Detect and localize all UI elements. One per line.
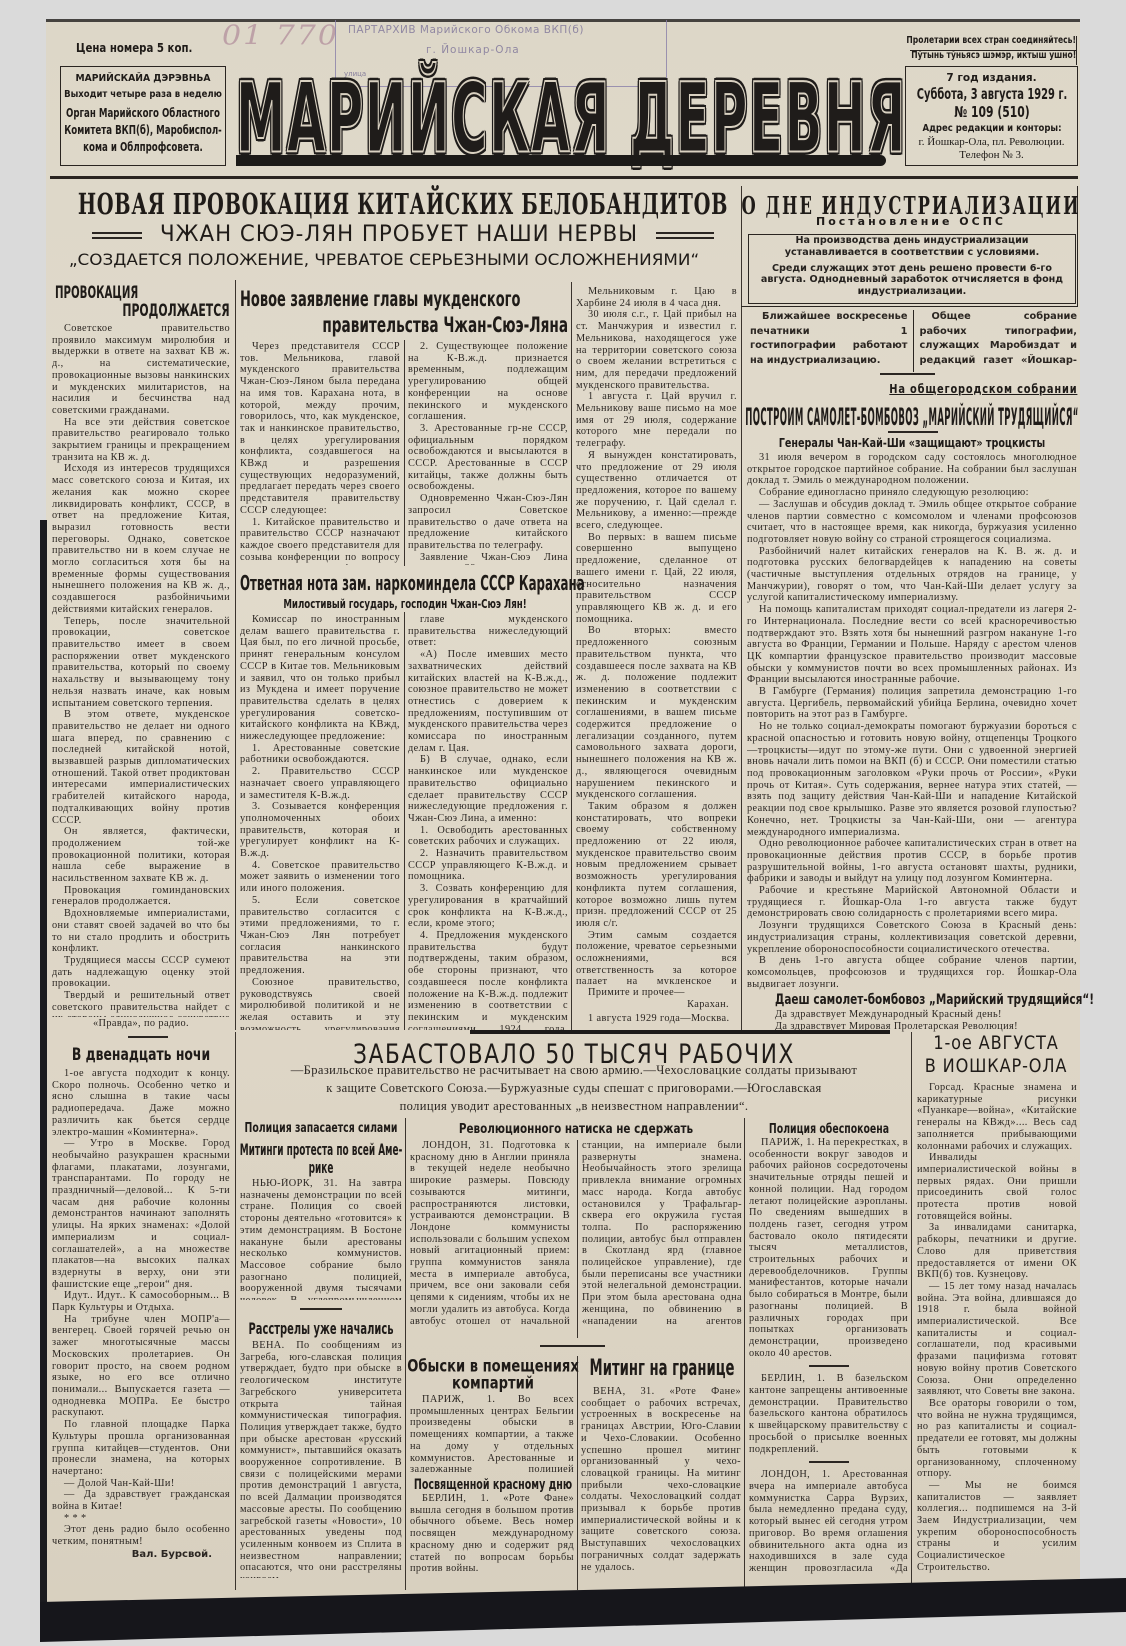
paragraph: Горсад. Красные знамена и карикатурные р…	[917, 1082, 1077, 1152]
article-kicker-text: На общегородском собрании	[889, 383, 1077, 395]
paragraph: 31 июля вечером в городском саду состоял…	[747, 452, 1077, 487]
paragraph: Лозунги трудящихся Советского Союза в Кр…	[747, 920, 1077, 955]
handwritten-archive-number: 01 770	[222, 20, 339, 52]
paragraph: Общее собрание рабочих типографии, служа…	[920, 310, 1078, 372]
paragraph: Вдохновляемые империалистами, они ставят…	[52, 908, 230, 955]
paragraph: Ближайшее воскресенье печатники 1 гостип…	[750, 310, 908, 368]
bomber-slogan-text: Даеш самолет-бомбовоз „Марийский трудящи…	[775, 993, 1094, 1007]
newspaper-page: Цена номера 5 коп. МАРИЙСКАЙА ДЭРЭВНЬА В…	[0, 0, 1126, 1646]
newspaper-nameplate: МАРИЙСКАЯ ДЕРЕВНЯ	[236, 71, 896, 157]
article-title: Митинг на границе	[579, 1358, 744, 1378]
article-body-yoshkar-ola: Горсад. Красные знамена и карикатурные р…	[917, 1082, 1077, 1578]
article-body-border: ВЕНА, 31. «Роте Фане» сообщает о рабочих…	[581, 1386, 741, 1578]
paragraph: Но не только социал-демократы помогают б…	[747, 721, 1077, 838]
column-rule	[744, 1118, 745, 1590]
paragraph: 1 августа г. Цай вручил г. Мельникову ва…	[576, 391, 737, 450]
paragraph: 4. Предложения мукденского правительства…	[408, 930, 568, 1030]
paragraph: — 15 лет тому назад началась война. Эта …	[917, 1281, 1077, 1398]
paragraph: Рабочие и крестьяне Марийской Автономной…	[747, 885, 1077, 920]
paragraph: ПАРИЖ, 1. Во всех промышленных центрах Б…	[410, 1394, 574, 1472]
paragraph: Он является, фактически, продолжением то…	[52, 826, 230, 885]
paragraph: Провокация гоминдановских генералов прод…	[52, 885, 230, 908]
article-title: Новое заявление главы мукденского	[240, 289, 568, 309]
paragraph: — Долой Чан-Кай-Ши!	[52, 1478, 230, 1490]
article-body-london: ЛОНДОН, 31. Подготовка к красному дню в …	[410, 1140, 742, 1338]
short-rule	[888, 431, 938, 433]
paragraph: Разбойничий налет китайских генералов на…	[747, 546, 1077, 605]
paragraph: Одновременно Чжан-Сюэ-Лян запросил Совет…	[408, 493, 568, 552]
paragraph: Этот день радио было особенно четким, по…	[52, 1524, 230, 1546]
note-salutation-text: Милостивый государь, господин Чжан-Сюэ Л…	[283, 598, 526, 610]
article-title-text: ПОСТРОИМ САМОЛЕТ-БОМБОВОЗ „МАРИЙСКИЙ ТРУ…	[745, 405, 1078, 429]
article-title-line: рике	[309, 1160, 334, 1176]
article-title: правительства Чжан-Сюэ-Ляна	[240, 315, 568, 335]
issue-date: Суббота, 3 августа 1929 г.	[916, 87, 1067, 102]
paragraph: Все ораторы говорили о том, что война не…	[917, 1398, 1077, 1480]
short-rule	[880, 373, 935, 375]
paragraph: Мельниковым г. Цаю в Харбине 24 июля в 4…	[576, 286, 737, 309]
article-body-provocation: Советское правительство проявило максиму…	[52, 323, 230, 1017]
article-kicker: На общегородском собрании	[745, 383, 1077, 403]
article-title: В двенадцать ночи	[50, 1047, 232, 1067]
paragraph: — Утро в Москве. Город необычайно разукр…	[52, 1138, 230, 1290]
paragraph: Через представителя СССР тов. Мельникова…	[240, 341, 400, 517]
editorial-address: г. Йошкар-Ола, пл. Революции.	[918, 137, 1064, 148]
article-title-text: Митинг на границе	[589, 1358, 734, 1380]
paragraph: Теперь, после значительной провокации, с…	[52, 616, 230, 710]
organ-line: Комитета ВКП(б), Маробиспол-	[64, 124, 222, 136]
issue-number: № 109 (510)	[954, 105, 1029, 120]
address-label: Адрес редакции и конторы:	[922, 124, 1061, 134]
publisher-info-box: МАРИЙСКАЙА ДЭРЭВНЬА Выходит четыре раза …	[60, 66, 226, 166]
paragraph: 1. Арестованные советские работники осво…	[240, 743, 400, 766]
column-rule	[741, 186, 742, 1030]
closing-slogan: Да здравствует Международный Красный ден…	[775, 1009, 1002, 1020]
resolution-box: На производства день индустриализации ус…	[748, 234, 1076, 304]
article-title: О ДНЕ ИНДУСТРИАЛИЗАЦИИ	[744, 194, 1078, 214]
article-body-searches: ПАРИЖ, 1. Во всех промышленных центрах Б…	[410, 1394, 574, 1472]
paragraph: НЬЮ-ЙОРК, 31. На завтра назначены демонс…	[240, 1178, 402, 1300]
article-title-text: Посвященной красному дню	[414, 1478, 572, 1492]
article-title-line: 1-ое АВГУСТА	[933, 1034, 1058, 1053]
paragraph: Твердый и решительный ответ советского п…	[52, 990, 230, 1017]
paragraph: 30 июля с.г., г. Цай прибыл на ст. Манчж…	[576, 309, 737, 391]
paragraph: Я вынужден констатировать, что предложен…	[576, 450, 737, 532]
short-rule	[128, 1036, 168, 1038]
article-body-bomber: 31 июля вечером в городском саду состоял…	[747, 452, 1077, 990]
binding-edge	[40, 520, 47, 1630]
paragraph: ЛОНДОН, 31. Подготовка к красному дню в …	[410, 1140, 742, 1338]
article-title-line: Митинги протеста по всей Аме-	[240, 1142, 403, 1158]
publication-frequency: Выходит четыре раза в неделю	[64, 90, 222, 100]
paragraph: 3. Арестованные гр-не СССР, официальным …	[408, 423, 568, 493]
section-summary-line: —Бразильское правительство не расчитывае…	[240, 1063, 908, 1078]
paragraph: Во вторых: вместо предложенного союзным …	[576, 625, 737, 801]
note-closing: Примите и прочее—	[576, 987, 737, 999]
column-rule	[404, 340, 405, 566]
decorative-double-rule	[92, 232, 142, 239]
paragraph: 1-ое августа подходит к концу. Скоро пол…	[52, 1068, 230, 1138]
organ-line: Орган Марийского Областного	[66, 107, 220, 119]
article-body-police: ПАРИЖ, 1. На перекрестках, в особенности…	[749, 1137, 908, 1578]
lead-headline: НОВАЯ ПРОВОКАЦИЯ КИТАЙСКИХ БЕЛОБАНДИТОВ	[92, 190, 714, 210]
slogan-russian: Пролетарии всех стран соединяйтесь!	[906, 36, 1076, 46]
lead-headline-text: НОВАЯ ПРОВОКАЦИЯ КИТАЙСКИХ БЕЛОБАНДИТОВ	[78, 190, 728, 219]
article-title: Ответная нота зам. наркоминдела СССР Кар…	[240, 573, 570, 593]
resolution-text: На производства день индустриализации ус…	[749, 235, 1075, 259]
scan-bottom-band	[0, 1560, 1126, 1646]
article-source: «Правда», по радио.	[52, 1018, 230, 1030]
article-title-line: правительства Чжан-Сюэ-Ляна	[322, 315, 568, 336]
resolution-text: Среди служащих этот день решено провести…	[749, 263, 1075, 298]
note-dateline: 1 августа 1929 года—Москва.	[576, 1013, 737, 1025]
short-rule	[300, 1308, 342, 1310]
stamp-line-2: г. Йошкар-Ола	[426, 44, 520, 56]
article-title: В ИОШКАР-ОЛА	[913, 1057, 1078, 1077]
paragraph: главе мукденского правительства нижеслед…	[408, 614, 568, 649]
paragraph: — Заслушав и обсудив доклад т. Эмиль общ…	[747, 499, 1077, 546]
paragraph: В этом ответе, мукденское правительство …	[52, 709, 230, 826]
paragraph: 3. Созывается конференция уполномоченных…	[240, 801, 400, 860]
article-title-line: ПРОДОЛЖАЕТСЯ	[123, 303, 230, 320]
paragraph: Трудящиеся массы СССР сумеют дать надлеж…	[52, 955, 230, 990]
paragraph: За инвалидами санитарка, рабкоры, печатн…	[917, 1222, 1077, 1281]
paragraph: 2. Правительство СССР назначает своего у…	[240, 766, 400, 801]
slogan-mari: Пўтынь тўньясэ шэмэр, иктыш ушно!	[911, 51, 1076, 61]
paragraph: Советское правительство проявило максиму…	[52, 323, 230, 417]
paragraph: ПАРИЖ, 1. На перекрестках, в особенности…	[749, 1137, 908, 1359]
short-rule	[540, 1345, 605, 1347]
column-rule	[235, 1032, 236, 1590]
header-rule	[50, 176, 1078, 179]
paragraph: Комиссар по иностранным делам вашего пра…	[240, 614, 400, 743]
paragraph: Одно революционное рабочее капиталистиче…	[747, 838, 1077, 885]
paragraph: 2. Назначить правительством СССР управля…	[408, 848, 568, 883]
article-subtitle-text: Постановление ОСПС	[816, 216, 1006, 227]
article-title: ПОСТРОИМ САМОЛЕТ-БОМБОВОЗ „МАРИЙСКИЙ ТРУ…	[745, 405, 1078, 425]
paragraph: В Гамбурге (Германия) полиция запретила …	[747, 686, 1077, 721]
article-body-new-statement: 2. Существующее положение на К-В.ж.д. пр…	[408, 341, 568, 565]
article-body-karakhan: Мельниковым г. Цаю в Харбине 24 июля в 4…	[576, 286, 737, 984]
issue-price-text: Цена номера 5 коп.	[76, 42, 192, 54]
article-body-america: НЬЮ-ЙОРК, 31. На завтра назначены демонс…	[240, 1178, 402, 1300]
note-closing-block: Примите и прочее— Карахан. 1 августа 192…	[576, 987, 737, 1025]
paragraph: — Да здравствует гражданская война в Кит…	[52, 1489, 230, 1512]
note-signature: Карахан.	[576, 999, 737, 1011]
paragraph: На трибуне член МОПР'а—венгерец. Своей г…	[52, 1314, 230, 1419]
edition-year: 7 год издания.	[946, 73, 1036, 84]
paragraph: На помощь капиталистам приходят социал-п…	[747, 604, 1077, 686]
article-kicker: Полиция запасается силами	[237, 1122, 405, 1142]
article-title: Расстрелы уже начались	[237, 1321, 405, 1341]
paragraph: По главной площадке Парка Культуры прошл…	[52, 1419, 230, 1478]
slogan-box: Пролетарии всех стран соединяйтесь! Пўты…	[910, 36, 1077, 65]
edition-box: 7 год издания. Суббота, 3 августа 1929 г…	[905, 66, 1078, 166]
article-subtitle: Постановление ОСПС	[744, 216, 1078, 236]
article-title: рике	[237, 1160, 405, 1180]
article-title-text: Революционного натиска не сдержать	[459, 1123, 693, 1136]
paragraph: Заявление Чжан-Сюэ Лина датировано 29 ию…	[408, 552, 568, 565]
column-rule	[404, 612, 405, 1030]
section-rule	[470, 1030, 890, 1034]
article-title-text: Полиция обеспокоена	[768, 1123, 888, 1136]
paragraph: ВЕНА, 31. «Роте Фане» сообщает о рабочих…	[581, 1386, 741, 1573]
nameplate-underbar	[236, 155, 886, 166]
paragraph: * * *	[52, 1513, 230, 1525]
paragraph: Этим самым создается положение, чреватое…	[576, 930, 737, 984]
editorial-phone: Телефон № 3.	[959, 150, 1023, 161]
article-title: 1-ое АВГУСТА	[913, 1034, 1078, 1054]
article-title: ПРОДОЛЖАЕТСЯ	[52, 303, 230, 323]
article-body-industrialization: Ближайшее воскресенье печатники 1 гостип…	[750, 310, 1077, 372]
article-title-line: В ИОШКАР-ОЛА	[924, 1057, 1066, 1076]
paragraph: В день 1-го августа общее собрание члено…	[747, 955, 1077, 990]
article-title-text: Расстрелы уже начались	[249, 1321, 394, 1337]
paragraph: БЕРЛИН, 1. В базельском кантоне запрещен…	[749, 1373, 908, 1455]
paragraph: 4. Советское правительство может заявить…	[240, 860, 400, 895]
column-rule	[235, 280, 236, 1030]
column-rule	[405, 1118, 406, 1590]
article-title-line: компартий	[452, 1375, 534, 1392]
paragraph: Исходя из интересов трудящихся масс сове…	[52, 463, 230, 615]
paragraph: 1. Китайское правительство и правительст…	[240, 517, 400, 565]
nameplate-text: МАРИЙСКАЯ ДЕРЕВНЯ	[236, 71, 907, 167]
paragraph: 2. Существующее положение на К-В.ж.д. пр…	[408, 341, 568, 423]
paragraph: 1. Освободить арестованных советских раб…	[408, 825, 568, 848]
paragraph: Инвалиды империалистической войны в перв…	[917, 1152, 1077, 1222]
article-body-shootings: ВЕНА. По сообщениям из Загреба, юго-слав…	[240, 1340, 402, 1578]
article-body-new-statement: Через представителя СССР тов. Мельникова…	[240, 341, 400, 565]
stamp-line-1: ПАРТАРХИВ Марийского Обкома ВКП(б)	[348, 24, 584, 36]
column-rule	[911, 1032, 912, 1590]
article-body-karakhan: Комиссар по иностранным делам вашего пра…	[240, 614, 400, 1030]
paragraph: ВЕНА. По сообщениям из Загреба, юго-слав…	[240, 1340, 402, 1578]
lead-quote-text: „СОЗДАЕТСЯ ПОЛОЖЕНИЕ, ЧРЕВАТОЕ СЕРЬЕЗНЫМ…	[69, 252, 699, 268]
lead-subheadline: ЧЖАН СЮЭ-ЛЯН ПРОБУЕТ НАШИ НЕРВЫ	[145, 224, 653, 244]
column-rule	[571, 282, 572, 1030]
organ-line: кома и Облпрофсовета.	[83, 141, 203, 153]
section-summary-line: полиция уводит арестованных „в неизвестн…	[240, 1099, 908, 1114]
article-title: компартий	[408, 1375, 578, 1395]
lead-subheadline-text: ЧЖАН СЮЭ-ЛЯН ПРОБУЕТ НАШИ НЕРВЫ	[160, 224, 638, 246]
paragraph: Таким образом я должен констатировать, ч…	[576, 801, 737, 930]
paragraph: Идут.. Идут.. К самособорным... В Парк К…	[52, 1290, 230, 1313]
article-title-text: В двенадцать ночи	[72, 1047, 210, 1064]
paragraph: Во первых: в вашем письме совершенно вып…	[576, 532, 737, 626]
mari-title: МАРИЙСКАЙА ДЭРЭВНЬА	[75, 74, 210, 84]
lead-quote: „СОЗДАЕТСЯ ПОЛОЖЕНИЕ, ЧРЕВАТОЕ СЕРЬЕЗНЫМ…	[50, 252, 718, 272]
decorative-double-rule	[656, 232, 714, 239]
paragraph: «А) После имевших место захватнических д…	[408, 649, 568, 754]
paragraph: 3. Созвать конференцию для урегулировани…	[408, 883, 568, 930]
section-summary-line: к защите Советского Союза.—Буржуазные су…	[240, 1081, 908, 1096]
article-kicker-text: Полиция запасается силами	[245, 1122, 398, 1135]
author-signature: Вал. Бурсвой.	[52, 1549, 212, 1560]
article-body-karakhan: главе мукденского правительства нижеслед…	[408, 614, 568, 1030]
paragraph: Собрание единогласно приняло следующую р…	[747, 487, 1077, 499]
article-title-text: Ответная нота зам. наркоминдела СССР Кар…	[240, 573, 585, 593]
article-subtitle-text: Генералы Чан-Кай-Ши «защищают» троцкисты	[778, 437, 1044, 449]
paragraph: Союзное правительство, руководствуясь св…	[240, 977, 400, 1030]
paragraph: 5. Если советское правительство согласит…	[240, 895, 400, 977]
article-body-midnight: 1-ое августа подходит к концу. Скоро пол…	[52, 1068, 230, 1546]
paragraph: На все эти действия советское правительс…	[52, 417, 230, 464]
article-title-line: ПРОВОКАЦИЯ	[55, 285, 138, 302]
article-title-line: Новое заявление главы мукденского	[240, 289, 520, 310]
section-headline: ЗАБАСТОВАЛО 50 ТЫСЯЧ РАБОЧИХ	[240, 1041, 908, 1061]
paragraph: Б) В случае, однако, если нанкинское или…	[408, 754, 568, 824]
